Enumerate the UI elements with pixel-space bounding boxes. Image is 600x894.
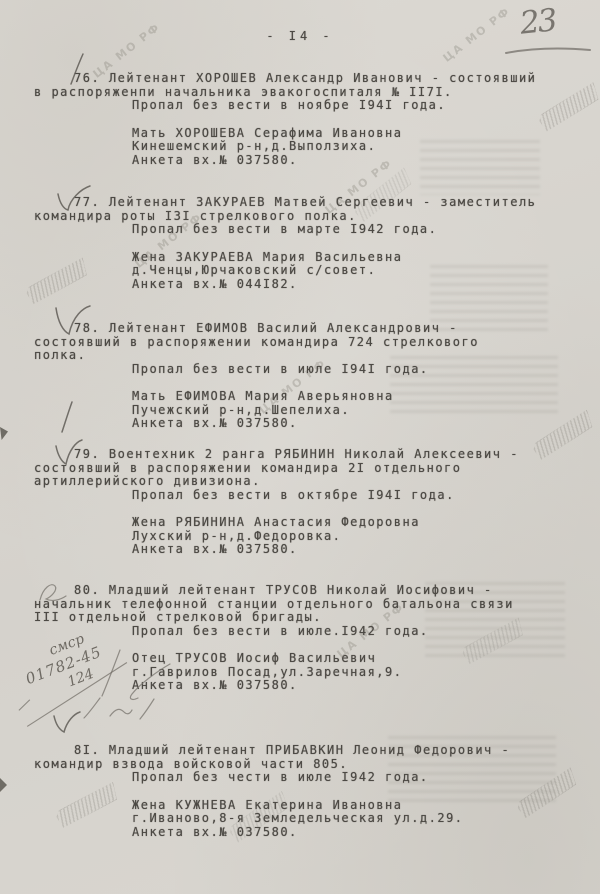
entry-line: 80. Младший лейтенант ТРУСОВ Николай Иос… xyxy=(34,584,586,598)
entry-line: начальник телефонной станции отдельного … xyxy=(34,598,586,612)
entry-line: 76. Лейтенант ХОРОШЕВ Александр Иванович… xyxy=(34,72,586,86)
entry-heading: 8I. Младший лейтенант ПРИБАВКИН Леонид Ф… xyxy=(34,744,586,771)
entry-79: 79. Воентехник 2 ранга РЯБИНИН Николай А… xyxy=(34,448,586,557)
missing-statement: Пропал без чести в июле I942 года. xyxy=(34,771,586,785)
entry-heading: 77. Лейтенант ЗАКУРАЕВ Матвей Сергеевич … xyxy=(34,196,586,223)
relative-address: г.Гаврилов Посад,ул.Заречная,9. xyxy=(132,666,586,680)
relative-name: Жена РЯБИНИНА Анастасия Федоровна xyxy=(132,516,586,530)
page-number: - I4 - xyxy=(0,30,600,44)
entry-line: состоявший в распоряжении командира 2I о… xyxy=(34,462,586,476)
anketa-number: Анкета вх.№ 037580. xyxy=(132,154,586,168)
entry-81: 8I. Младший лейтенант ПРИБАВКИН Леонид Ф… xyxy=(34,744,586,839)
handwritten-stroke xyxy=(138,697,156,721)
relative-block: Жена РЯБИНИНА Анастасия Федоровна Лухски… xyxy=(34,516,586,557)
relative-name: Мать ХОРОШЕВА Серафима Ивановна xyxy=(132,127,586,141)
anketa-number: Анкета вх.№ 037580. xyxy=(132,543,586,557)
anketa-number: Анкета вх.№ 044I82. xyxy=(132,278,586,292)
entry-78: 78. Лейтенант ЕФИМОВ Василий Александров… xyxy=(34,322,586,431)
relative-name: Отец ТРУСОВ Иосиф Васильевич xyxy=(132,652,586,666)
entry-77: 77. Лейтенант ЗАКУРАЕВ Матвей Сергеевич … xyxy=(34,196,586,291)
missing-statement: Пропал без вести в марте I942 года. xyxy=(34,223,586,237)
missing-statement: Пропал без вести в июле I94I года. xyxy=(34,363,586,377)
entry-line: состоявший в распоряжении командира 724 … xyxy=(34,336,586,350)
relative-address: г.Иваново,8-я Земледельческая ул.д.29. xyxy=(132,812,586,826)
missing-statement: Пропал без вести в октябре I94I года. xyxy=(34,489,586,503)
entry-heading: 76. Лейтенант ХОРОШЕВ Александр Иванович… xyxy=(34,72,586,99)
missing-statement: Пропал без вести в ноябре I94I года. xyxy=(34,99,586,113)
entry-line: командир взвода войсковой части 805. xyxy=(34,758,586,772)
entry-line: артиллерийского дивизиона. xyxy=(34,475,586,489)
relative-address: Пучежский р-н,д.Шепелиха. xyxy=(132,404,586,418)
handwritten-page-number: 23 xyxy=(518,2,557,42)
entry-heading: 78. Лейтенант ЕФИМОВ Василий Александров… xyxy=(34,322,586,363)
relative-block: Мать ЕФИМОВА Мария Аверьяновна Пучежский… xyxy=(34,390,586,431)
anketa-number: Анкета вх.№ 037580. xyxy=(132,826,586,840)
relative-address: Кинешемский р-н,д.Выползиха. xyxy=(132,140,586,154)
scanned-document-page: ЦА МО РФ ЦА МО РФ ЦА МО РФ ЦА МО РФ ЦА М… xyxy=(0,0,600,894)
entry-line: 79. Воентехник 2 ранга РЯБИНИН Николай А… xyxy=(34,448,586,462)
scan-artifact xyxy=(0,778,7,792)
relative-block: Жена ЗАКУРАЕВА Мария Васильевна д.Ченцы,… xyxy=(34,251,586,292)
handwritten-underline xyxy=(504,44,592,56)
relative-address: Лухский р-н,д.Федоровка. xyxy=(132,530,586,544)
relative-address: д.Ченцы,Юрчаковский с/совет. xyxy=(132,264,586,278)
entry-line: 8I. Младший лейтенант ПРИБАВКИН Леонид Ф… xyxy=(34,744,586,758)
anketa-number: Анкета вх.№ 037580. xyxy=(132,679,586,693)
relative-name: Жена КУЖНЕВА Екатерина Ивановна xyxy=(132,799,586,813)
entry-line: 77. Лейтенант ЗАКУРАЕВ Матвей Сергеевич … xyxy=(34,196,586,210)
entry-line: 78. Лейтенант ЕФИМОВ Василий Александров… xyxy=(34,322,586,336)
relative-name: Жена ЗАКУРАЕВА Мария Васильевна xyxy=(132,251,586,265)
entry-line: командира роты I3I стрелкового полка. xyxy=(34,210,586,224)
entry-line: в распоряженпи начальника эвакогоспиталя… xyxy=(34,86,586,100)
entry-heading: 79. Воентехник 2 ранга РЯБИНИН Николай А… xyxy=(34,448,586,489)
entry-76: 76. Лейтенант ХОРОШЕВ Александр Иванович… xyxy=(34,72,586,167)
relative-block: Мать ХОРОШЕВА Серафима Ивановна Кинешемс… xyxy=(34,127,586,168)
anketa-number: Анкета вх.№ 037580. xyxy=(132,417,586,431)
relative-block: Жена КУЖНЕВА Екатерина Ивановна г.Иванов… xyxy=(34,799,586,840)
scan-artifact xyxy=(0,427,8,440)
entry-line: полка. xyxy=(34,349,586,363)
relative-name: Мать ЕФИМОВА Мария Аверьяновна xyxy=(132,390,586,404)
